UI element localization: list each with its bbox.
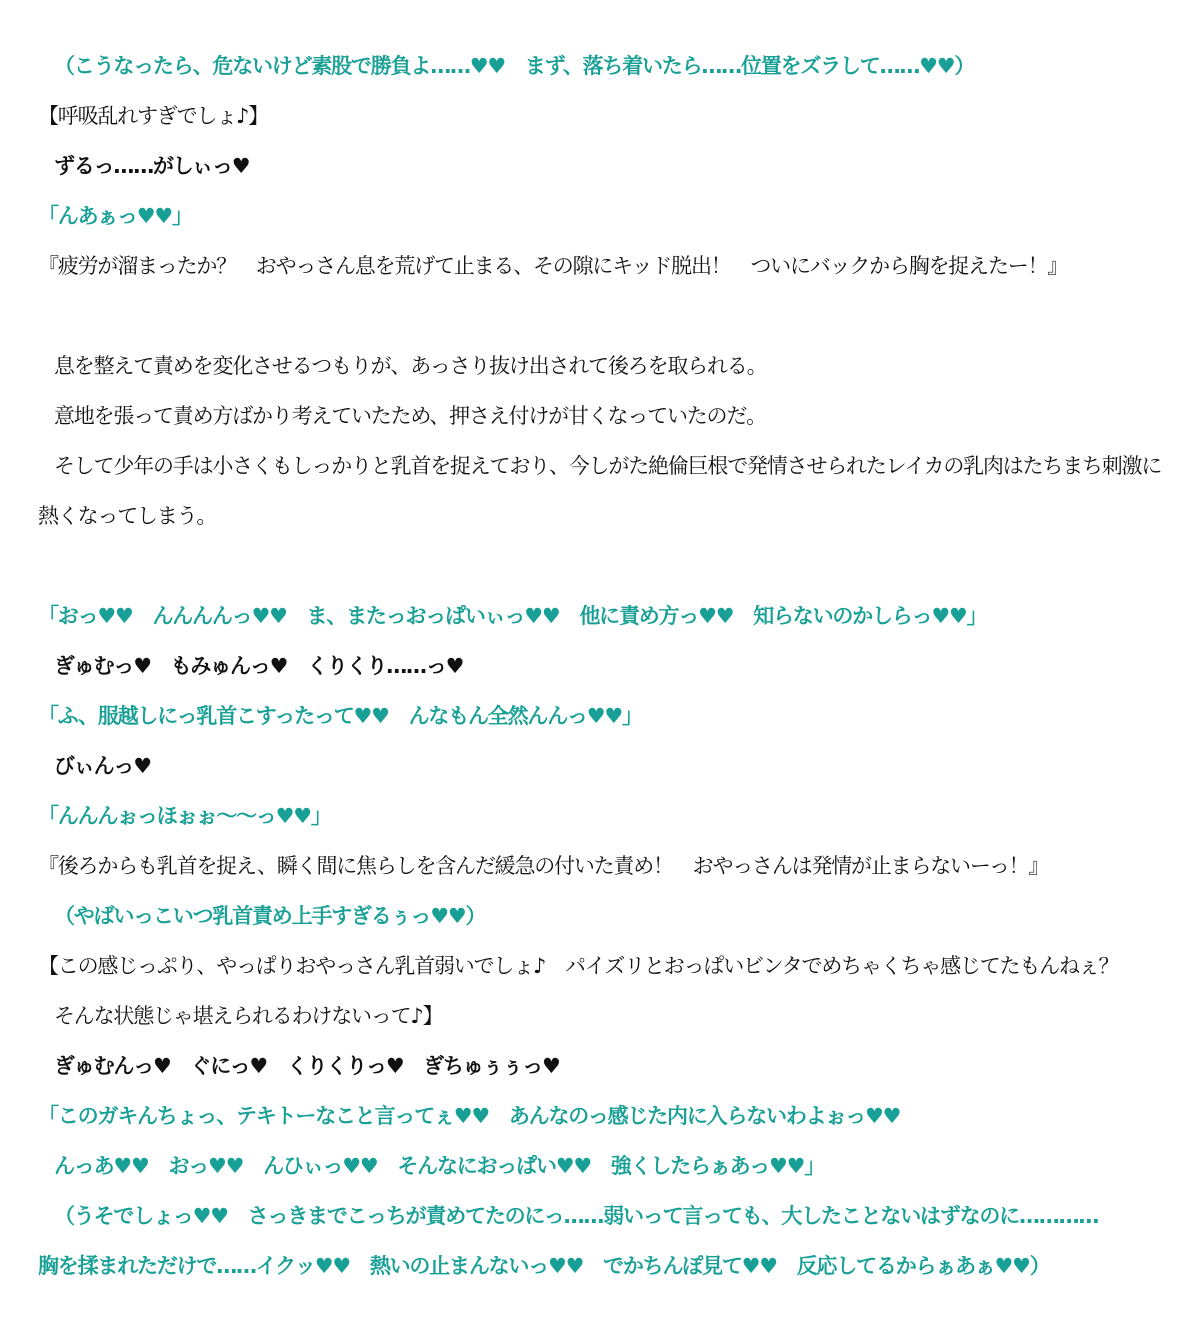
narration-line: そして少年の手は小さくもしっかりと乳首を捉えており、今しがた絶倫巨根で発情させら… [38,441,1148,491]
announcer-line: 『後ろからも乳首を捉え、瞬く間に焦らしを含んだ緩急の付いた責め！ おやっさんは発… [38,841,1148,891]
announcer-line: 『疲労が溜まったか？ おやっさん息を荒げて止まる、その隙にキッド脱出！ ついにバ… [38,241,1148,291]
narration-line: 熱くなってしまう。 [38,491,1148,541]
thought-line: （うそでしょっ♥♥ さっきまでこっちが責めてたのにっ……弱いって言っても、大した… [38,1191,1148,1241]
story-page: （こうなったら、危ないけど素股で勝負よ……♥♥ まず、落ち着いたら……位置をズラ… [38,41,1148,1291]
dialogue-other-line: 【呼吸乱れすぎでしょ♪】 [38,91,1148,141]
dialogue-other-line: 【この感じっぷり、やっぱりおやっさん乳首弱いでしょ♪ パイズリとおっぱいビンタで… [38,941,1148,991]
narration-line: 意地を張って責め方ばかり考えていたため、押さえ付けが甘くなっていたのだ。 [38,391,1148,441]
narration-line: 息を整えて責めを変化させるつもりが、あっさり抜け出されて後ろを取られる。 [38,341,1148,391]
dialogue-line: 「んあぁっ♥♥」 [38,191,1148,241]
dialogue-line: 「ふ、服越しにっ乳首こすったって♥♥ んなもん全然んんっ♥♥」 [38,691,1148,741]
dialogue-line: んっあ♥♥ おっ♥♥ んひぃっ♥♥ そんなにおっぱい♥♥ 強くしたらぁあっ♥♥」 [38,1141,1148,1191]
dialogue-line: 「おっ♥♥ んんんんっ♥♥ ま、またっおっぱいぃっ♥♥ 他に責め方っ♥♥ 知らな… [38,591,1148,641]
sfx-line: ずるっ……がしぃっ♥ [38,141,1148,191]
sfx-line: ぎゅむっ♥ もみゅんっ♥ くりくり……っ♥ [38,641,1148,691]
dialogue-other-line: そんな状態じゃ堪えられるわけないって♪】 [38,991,1148,1041]
thought-line: 胸を揉まれただけで……イクッ♥♥ 熱いの止まんないっ♥♥ でかちんぽ見て♥♥ 反… [38,1241,1148,1291]
dialogue-line: 「んんんぉっほぉぉ〜〜っ♥♥」 [38,791,1148,841]
thought-line: （やばいっこいつ乳首責め上手すぎるぅっ♥♥） [38,891,1148,941]
thought-line: （こうなったら、危ないけど素股で勝負よ……♥♥ まず、落ち着いたら……位置をズラ… [38,41,1148,91]
blank-line [38,541,1148,591]
blank-line [38,291,1148,341]
dialogue-line: 「このガキんちょっ、テキトーなこと言ってぇ♥♥ あんなのっ感じた内に入らないわよ… [38,1091,1148,1141]
sfx-line: びぃんっ♥ [38,741,1148,791]
sfx-line: ぎゅむんっ♥ ぐにっ♥ くりくりっ♥ ぎちゅぅぅっ♥ [38,1041,1148,1091]
